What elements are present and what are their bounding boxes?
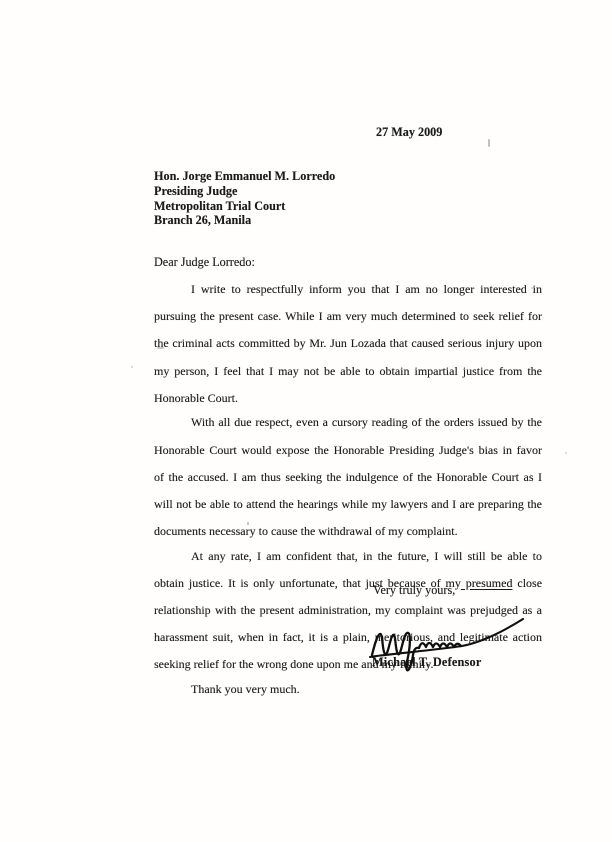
text-line: Honorable Court. [154,392,542,406]
text-line: At any rate, I am confident that, in the… [154,550,542,577]
scan-speck [488,139,490,147]
scan-speck [565,452,567,454]
text-line: my person, I feel that I may not be able… [154,365,542,392]
text-line: relationship with the present administra… [154,604,542,631]
letter-page: 27 May 2009 Hon. Jorge Emmanuel M. Lorre… [0,0,612,842]
paragraph: Thank you very much. [154,683,542,697]
recipient-block: Hon. Jorge Emmanuel M. Lorredo Presiding… [154,169,335,228]
paragraph: With all due respect, even a cursory rea… [154,416,542,538]
text-line: documents necessary to cause the withdra… [154,525,542,539]
text-line: Thank you very much. [154,683,542,697]
signer-name: Michael T. Defensor [372,655,482,670]
text-line: With all due respect, even a cursory rea… [154,416,542,443]
recipient-court: Metropolitan Trial Court [154,199,335,214]
text-line: the criminal acts committed by Mr. Jun L… [154,337,542,364]
recipient-branch: Branch 26, Manila [154,213,335,228]
scan-speck [419,591,421,593]
letter-body: I write to respectfully inform you that … [154,283,542,708]
recipient-name: Hon. Jorge Emmanuel M. Lorredo [154,169,335,184]
scan-speck [531,287,533,289]
text-line: of the accused. I am thus seeking the in… [154,471,542,498]
recipient-title: Presiding Judge [154,184,335,199]
scan-speck [157,347,164,349]
text-line: seeking relief for the wrong done upon m… [154,658,542,672]
text-line: I write to respectfully inform you that … [154,283,542,310]
paragraph: I write to respectfully inform you that … [154,283,542,405]
text-line: obtain justice. It is only unfortunate, … [154,577,542,604]
letter-date: 27 May 2009 [376,125,442,140]
scan-speck [247,522,249,525]
closing-phrase: Very truly yours, [373,583,455,598]
text-line: pursuing the present case. While I am ve… [154,310,542,337]
scan-speck [131,366,133,368]
text-line: Honorable Court would expose the Honorab… [154,444,542,471]
salutation: Dear Judge Lorredo: [154,255,255,270]
text-line: harassment suit, when in fact, it is a p… [154,631,542,658]
paragraph: At any rate, I am confident that, in the… [154,550,542,672]
text-line: will not be able to attend the hearings … [154,498,542,525]
